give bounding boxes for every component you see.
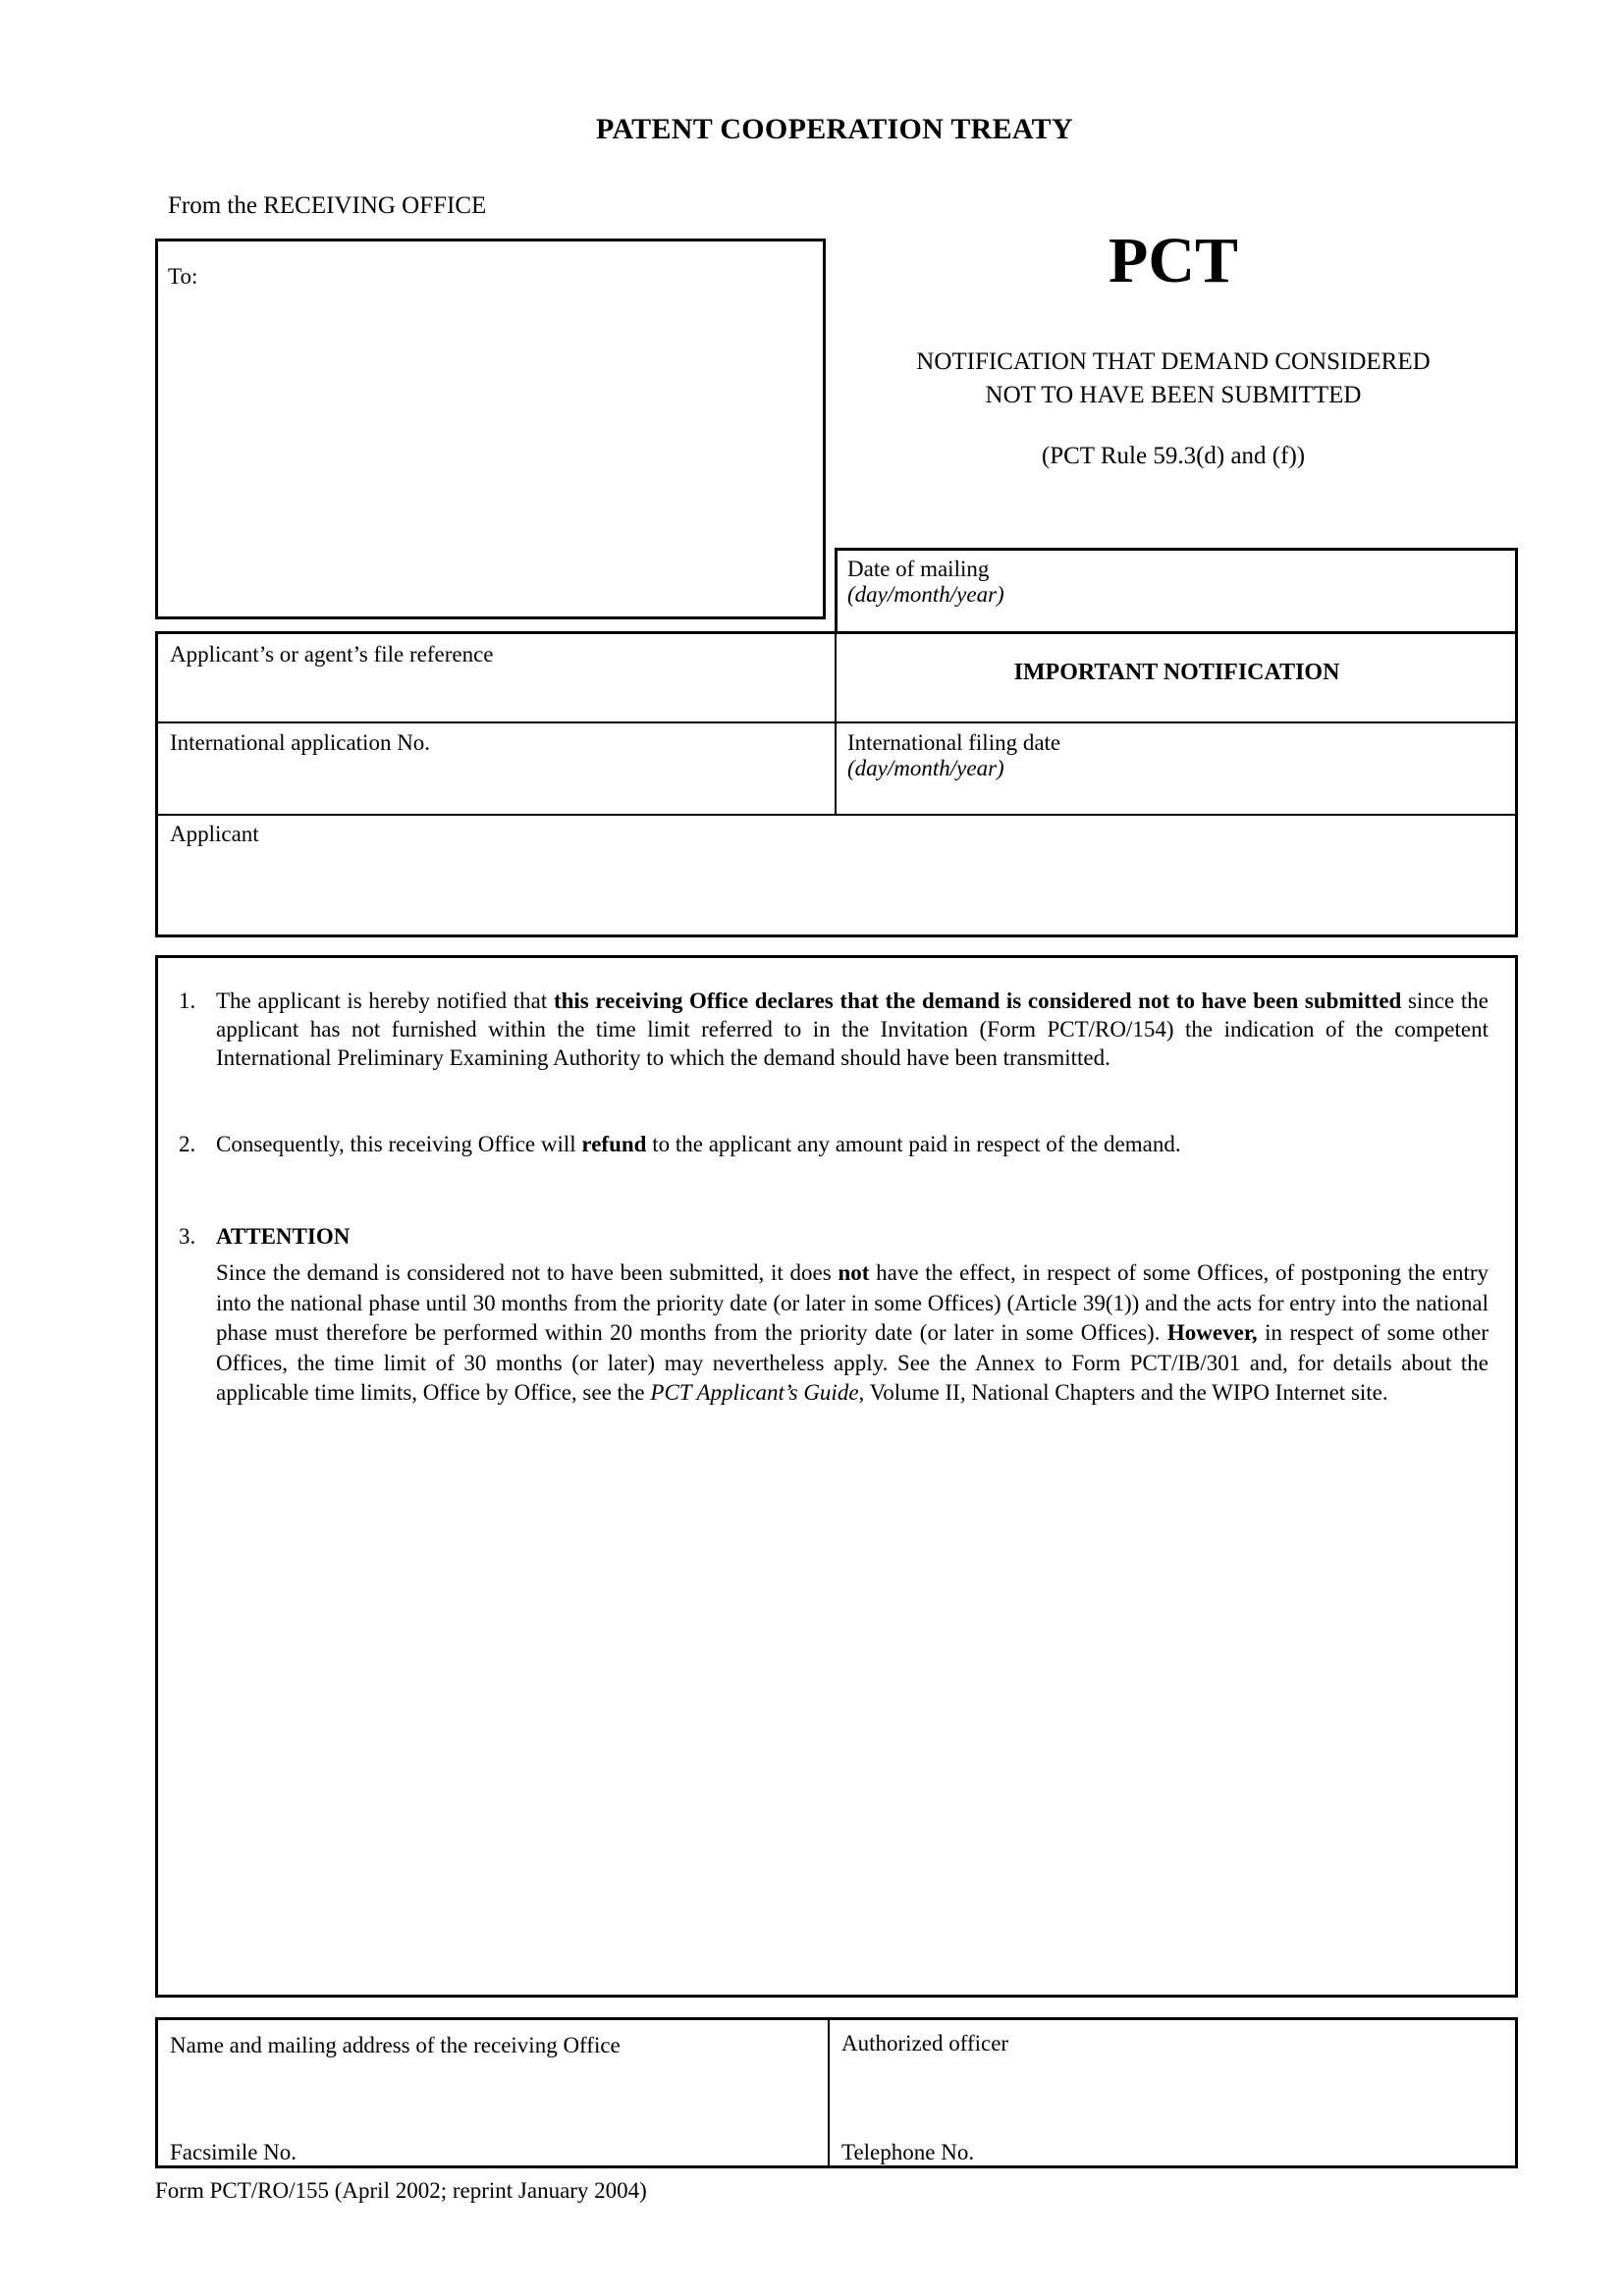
- authorized-officer-label: Authorized officer: [841, 2030, 1008, 2056]
- item-3-text: Since the demand is considered not to ha…: [216, 1258, 1488, 1409]
- item-2-text: Consequently, this receiving Office will…: [216, 1130, 1488, 1158]
- application-details-grid: Applicant’s or agent’s file reference IM…: [155, 631, 1518, 937]
- office-address-label: Name and mailing address of the receivin…: [170, 2032, 621, 2058]
- item-1-text-bold: this receiving Office declares that the …: [554, 988, 1401, 1013]
- international-filing-date-label: International filing date: [847, 729, 1060, 756]
- from-receiving-office-label: From the RECEIVING OFFICE: [168, 192, 486, 220]
- item-1-text: The applicant is hereby notified that th…: [216, 987, 1488, 1072]
- rule-reference: (PCT Rule 59.3(d) and (f)): [825, 443, 1522, 470]
- to-label: To:: [168, 263, 197, 290]
- important-notification-label: IMPORTANT NOTIFICATION: [836, 660, 1518, 686]
- notification-body-box: [155, 955, 1518, 1998]
- item-2-text-rest: to the applicant any amount paid in resp…: [646, 1132, 1180, 1156]
- addressee-box[interactable]: To:: [155, 239, 826, 619]
- facsimile-label: Facsimile No.: [170, 2139, 297, 2165]
- item-2-text-bold: refund: [581, 1132, 646, 1156]
- pct-logo-text: PCT: [825, 224, 1522, 298]
- date-of-mailing-box[interactable]: Date of mailing (day/month/year): [835, 548, 1518, 634]
- item-3-text-part1: Since the demand is considered not to ha…: [216, 1260, 838, 1285]
- notification-title-line2: NOT TO HAVE BEEN SUBMITTED: [825, 379, 1522, 412]
- notification-title: NOTIFICATION THAT DEMAND CONSIDERED NOT …: [825, 346, 1522, 412]
- item-2-text-plain: Consequently, this receiving Office will: [216, 1132, 581, 1156]
- treaty-title: PATENT COOPERATION TREATY: [0, 113, 1623, 146]
- item-1-number: 1.: [179, 987, 195, 1015]
- date-of-mailing-label: Date of mailing: [847, 556, 989, 582]
- telephone-label: Telephone No.: [841, 2139, 974, 2165]
- notification-title-line1: NOTIFICATION THAT DEMAND CONSIDERED: [825, 346, 1522, 379]
- applicant-label: Applicant: [170, 821, 259, 847]
- file-reference-label: Applicant’s or agent’s file reference: [170, 641, 494, 667]
- item-3-text-bold1: not: [838, 1260, 869, 1285]
- item-3-text-bold2: However,: [1167, 1320, 1258, 1345]
- item-3-text-part4: , Volume II, National Chapters and the W…: [859, 1380, 1388, 1405]
- attention-heading: ATTENTION: [216, 1222, 1488, 1251]
- grid-divider-row1: [158, 721, 1515, 723]
- applicants-guide-title: PCT Applicant’s Guide: [650, 1380, 858, 1405]
- form-identifier: Form PCT/RO/155 (April 2002; reprint Jan…: [155, 2178, 647, 2204]
- signature-divider: [828, 2020, 830, 2165]
- international-filing-date-format: (day/month/year): [847, 755, 1004, 781]
- item-3-number: 3.: [179, 1222, 195, 1251]
- item-2-number: 2.: [179, 1130, 195, 1158]
- signature-box: Name and mailing address of the receivin…: [155, 2017, 1518, 2168]
- international-application-label: International application No.: [170, 729, 430, 756]
- date-of-mailing-format: (day/month/year): [847, 581, 1004, 608]
- item-1-text-plain: The applicant is hereby notified that: [216, 988, 554, 1013]
- grid-divider-row2: [158, 814, 1515, 816]
